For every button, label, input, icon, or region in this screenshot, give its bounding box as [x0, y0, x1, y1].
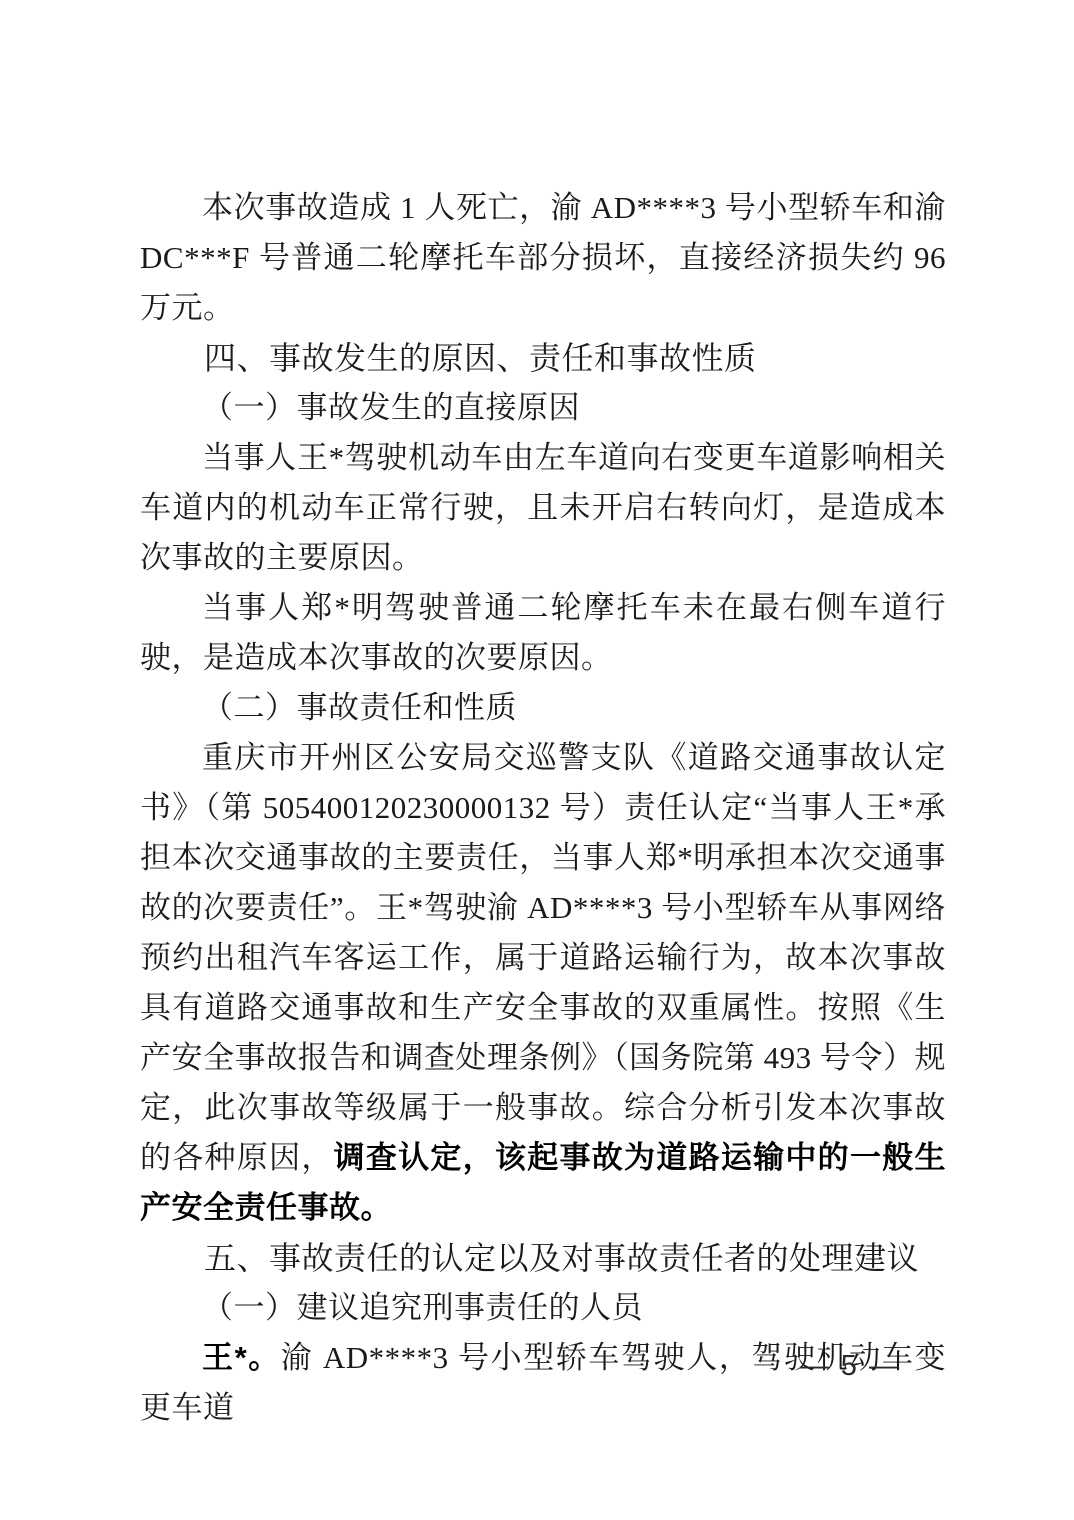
subheading-4-1-direct-cause: （一）事故发生的直接原因 [140, 383, 946, 433]
subheading-5-1-criminal-liability: （一）建议追究刑事责任的人员 [140, 1283, 946, 1333]
page-number: — 5 — [800, 1348, 900, 1384]
paragraph-casualties-and-losses: 本次事故造成 1 人死亡，渝 AD****3 号小型轿车和渝 DC***F 号普… [140, 183, 946, 333]
document-body: 本次事故造成 1 人死亡，渝 AD****3 号小型轿车和渝 DC***F 号普… [140, 183, 946, 1433]
paragraph-responsibility-determination: 重庆市开州区公安局交巡警支队《道路交通事故认定书》（第 505400120230… [140, 733, 946, 1233]
person-name-bold: 王*。 [202, 1340, 281, 1375]
subheading-4-2-responsibility-nature: （二）事故责任和性质 [140, 683, 946, 733]
section-heading-5: 五、事故责任的认定以及对事故责任者的处理建议 [140, 1233, 946, 1283]
section-heading-4: 四、事故发生的原因、责任和事故性质 [140, 333, 946, 383]
document-page: 本次事故造成 1 人死亡，渝 AD****3 号小型轿车和渝 DC***F 号普… [0, 0, 1074, 1520]
paragraph-secondary-cause: 当事人郑*明驾驶普通二轮摩托车未在最右侧车道行驶，是造成本次事故的次要原因。 [140, 583, 946, 683]
paragraph-direct-cause: 当事人王*驾驶机动车由左车道向右变更车道影响相关车道内的机动车正常行驶，且未开启… [140, 433, 946, 583]
responsibility-text-regular: 重庆市开州区公安局交巡警支队《道路交通事故认定书》（第 505400120230… [140, 740, 946, 1175]
